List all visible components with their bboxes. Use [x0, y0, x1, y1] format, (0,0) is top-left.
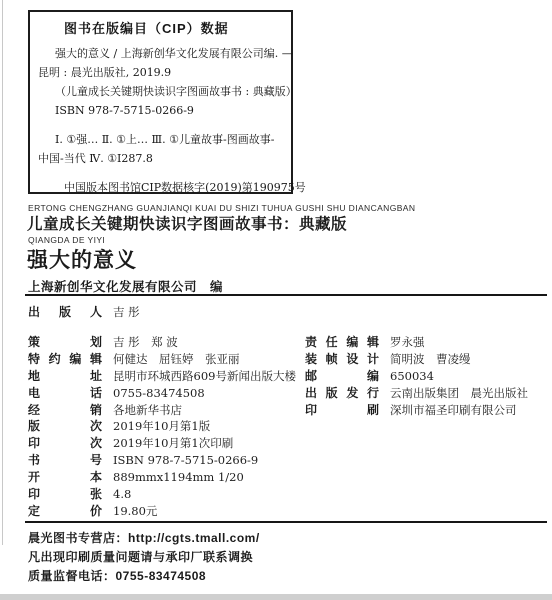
info-value: 2019年10月第1版	[102, 418, 210, 434]
store-url-line: 晨光图书专营店：http://cgts.tmall.com/	[28, 529, 260, 548]
info-label: 邮编	[305, 367, 379, 384]
divider-top	[25, 294, 547, 296]
scan-edge-left	[2, 0, 3, 545]
cip-record-number: 中国版本图书馆CIP数据核字(2019)第190975号	[38, 178, 283, 197]
cip-line: 强大的意义 / 上海新创华文化发展有限公司编. —	[38, 44, 283, 63]
quality-notice-line: 凡出现印刷质量问题请与承印厂联系调换	[28, 548, 260, 567]
info-label: 出版发行	[305, 384, 379, 401]
info-row: 印次 2019年10月第1次印刷	[28, 434, 298, 451]
info-label: 经销	[28, 401, 102, 418]
cip-data-box: 图书在版编目（CIP）数据 强大的意义 / 上海新创华文化发展有限公司编. — …	[28, 10, 293, 194]
info-label: 开本	[28, 468, 102, 485]
info-row: 开本 889mmx1194mm 1/20	[28, 468, 298, 485]
info-row: 邮编 650034	[305, 367, 550, 384]
info-column-right: 责任编辑 罗永强 装帧设计 简明波 曹凌缦 邮编 650034 出版发行 云南出…	[305, 333, 550, 417]
info-column-left: 策划 吉 彤 郑 波 特约编辑 何健达 屈钰婷 张亚丽 地址 昆明市环城西路60…	[28, 333, 298, 519]
info-row: 地址 昆明市环城西路609号新闻出版大楼	[28, 367, 298, 384]
info-row: 版次 2019年10月第1版	[28, 417, 298, 434]
footer: 晨光图书专营店：http://cgts.tmall.com/ 凡出现印刷质量问题…	[28, 529, 260, 586]
cip-line: 昆明 : 晨光出版社, 2019.9	[38, 63, 283, 82]
info-value: 4.8	[102, 487, 131, 501]
info-row: 出版发行 云南出版集团 晨光出版社	[305, 384, 550, 401]
info-label: 策划	[28, 333, 102, 350]
info-row: 装帧设计 简明波 曹凌缦	[305, 350, 550, 367]
series-title: 儿童成长关键期快读识字图画故事书：典藏版	[27, 212, 347, 234]
info-row: 书号 ISBN 978-7-5715-0266-9	[28, 451, 298, 468]
info-label: 责任编辑	[305, 333, 379, 350]
info-value: 简明波 曹凌缦	[379, 351, 471, 367]
info-label: 印刷	[305, 401, 379, 418]
info-row: 经销 各地新华书店	[28, 401, 298, 418]
info-row: 责任编辑 罗永强	[305, 333, 550, 350]
info-value: 罗永强	[379, 334, 425, 350]
info-label: 特约编辑	[28, 350, 102, 367]
copyright-page: 图书在版编目（CIP）数据 强大的意义 / 上海新创华文化发展有限公司编. — …	[0, 0, 552, 600]
info-value: 昆明市环城西路609号新闻出版大楼	[102, 368, 296, 384]
cip-line: 中国-当代 Ⅳ. ①I287.8	[38, 149, 283, 168]
info-row: 电话 0755-83474508	[28, 384, 298, 401]
info-value: 0755-83474508	[102, 386, 205, 400]
publisher-label: 出版人	[28, 303, 102, 320]
info-row: 特约编辑 何健达 屈钰婷 张亚丽	[28, 350, 298, 367]
page-title: 强大的意义	[27, 244, 137, 274]
info-row: 印刷 深圳市福圣印刷有限公司	[305, 401, 550, 418]
cip-line: Ⅰ. ①强… Ⅱ. ①上… Ⅲ. ①儿童故事-图画故事-	[38, 130, 283, 149]
info-label: 电话	[28, 384, 102, 401]
publisher-row: 出版人 吉 彤	[28, 303, 328, 320]
info-value: 各地新华书店	[102, 402, 182, 418]
cip-title: 图书在版编目（CIP）数据	[38, 21, 283, 37]
info-row: 印张 4.8	[28, 485, 298, 502]
info-label: 定价	[28, 502, 102, 519]
info-value: 吉 彤 郑 波	[102, 334, 178, 350]
info-label: 印张	[28, 485, 102, 502]
info-value: 2019年10月第1次印刷	[102, 435, 233, 451]
quality-hotline-line: 质量监督电话：0755-83474508	[28, 567, 260, 586]
info-value: ISBN 978-7-5715-0266-9	[102, 453, 258, 467]
editor-line: 上海新创华文化发展有限公司 编	[28, 277, 223, 295]
info-label: 版次	[28, 417, 102, 434]
cip-line: （儿童成长关键期快读识字图画故事书 : 典藏版）	[38, 82, 283, 101]
publisher-value: 吉 彤	[102, 304, 140, 320]
info-row: 定价 19.80元	[28, 502, 298, 519]
scan-edge-bottom	[0, 594, 552, 600]
info-label: 书号	[28, 451, 102, 468]
info-label: 地址	[28, 367, 102, 384]
info-value: 19.80元	[102, 503, 157, 519]
info-value: 深圳市福圣印刷有限公司	[379, 402, 517, 418]
info-value: 何健达 屈钰婷 张亚丽	[102, 351, 240, 367]
info-row: 策划 吉 彤 郑 波	[28, 333, 298, 350]
info-value: 889mmx1194mm 1/20	[102, 470, 244, 484]
cip-line: ISBN 978-7-5715-0266-9	[38, 101, 283, 120]
info-value: 650034	[379, 369, 434, 383]
info-value: 云南出版集团 晨光出版社	[379, 385, 528, 401]
divider-bottom	[25, 521, 547, 523]
info-label: 印次	[28, 434, 102, 451]
info-label: 装帧设计	[305, 350, 379, 367]
